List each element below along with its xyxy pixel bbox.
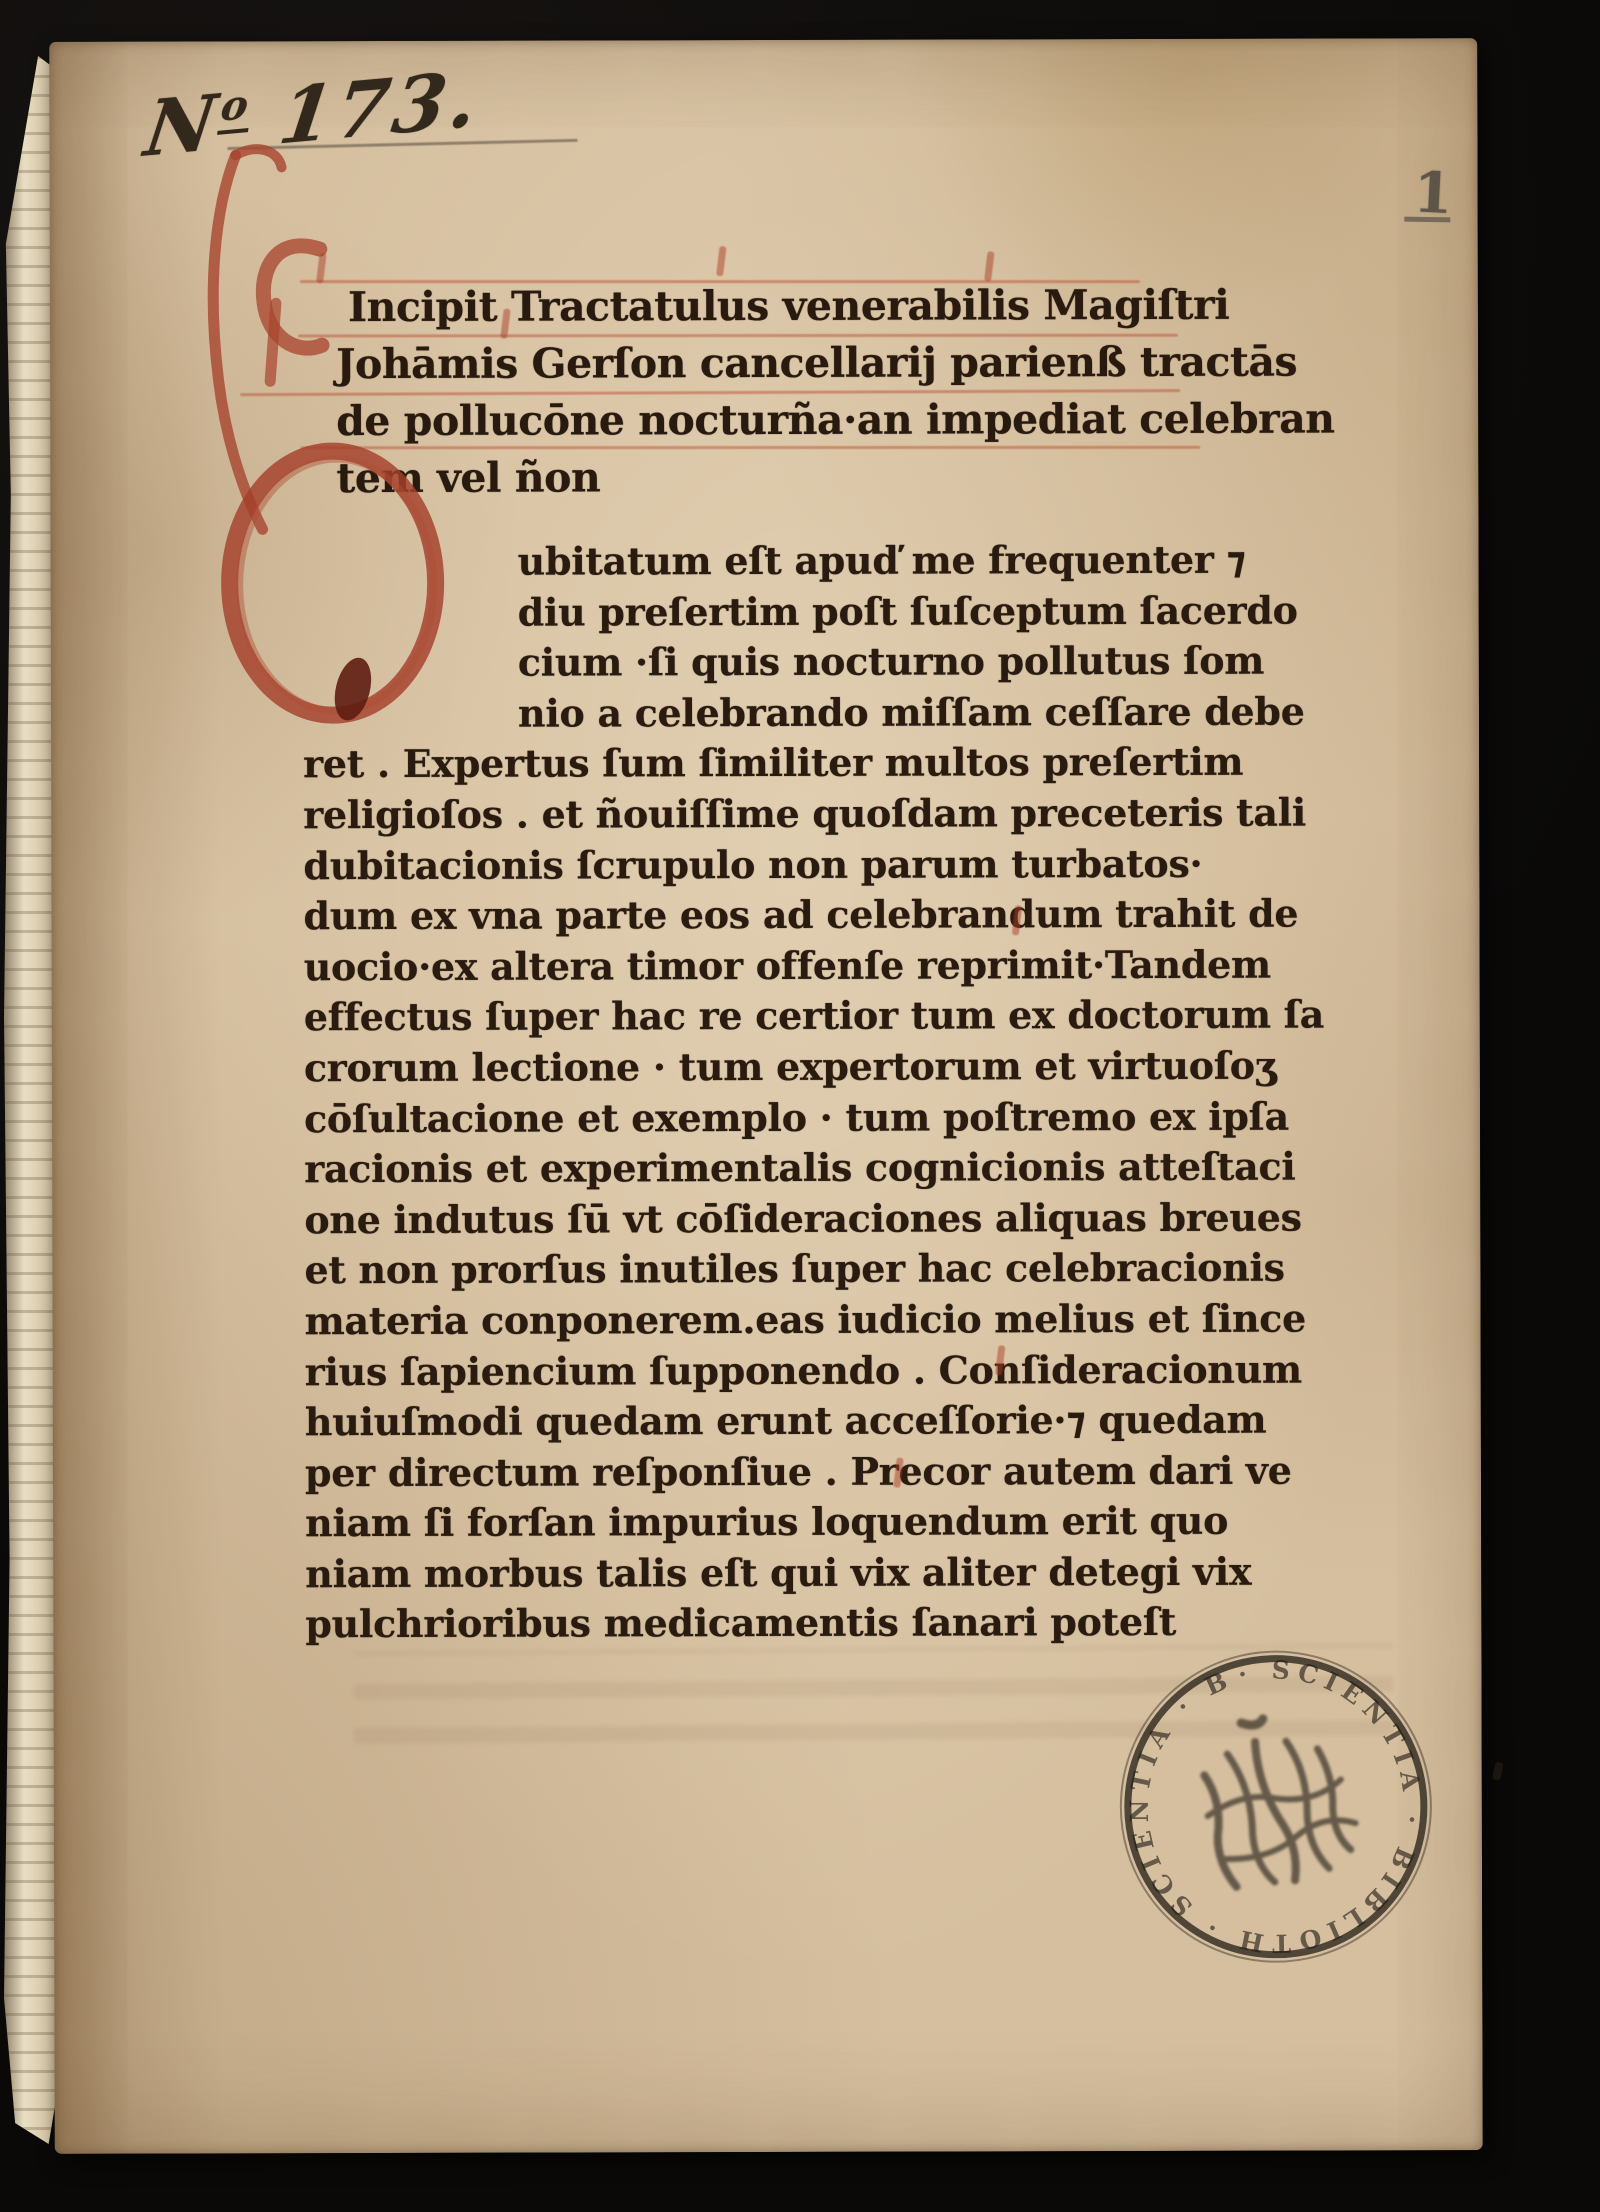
body-line: materia conponerem.eas iudicio melius et…	[305, 1294, 1235, 1347]
photo-backdrop: No 173. 1 Incipit Tractatulus venerabili…	[0, 0, 1600, 2212]
body-line: et non prorſus inutiles ſuper hac celebr…	[304, 1243, 1234, 1296]
body-line: huiuſmodi quedam erunt acceſſorie·⁊ qued…	[305, 1395, 1235, 1448]
body-line: diu preſertim poſt ſuſceptum ſacerdo	[518, 585, 1233, 637]
body-line: ret . Expertus ſum ſimiliter multos preſ…	[303, 737, 1233, 790]
body-line: effectus ſuper hac re certior tum ex doc…	[304, 990, 1234, 1043]
body-line: one indutus ſū vt cōſideraciones aliquas…	[304, 1192, 1234, 1245]
body-line: dum ex vna parte eos ad celebrandum trah…	[303, 889, 1233, 942]
title-line: Johāmis Gerſon cancellarij parienß tract…	[336, 334, 1248, 393]
body-line: pulchrioribus medicamentis ſanari poteſt	[305, 1597, 1235, 1650]
body-line: ubitatum eſt apuď me frequenter ⁊	[518, 535, 1233, 587]
title-line: de pollucōne nocturña·an impediat celebr…	[336, 391, 1248, 450]
body-line: crorum lectione · tum expertorum et virt…	[304, 1041, 1234, 1094]
body-line: niam ſi forſan impurius loquendum erit q…	[305, 1496, 1235, 1549]
ink-mark	[1492, 1761, 1504, 1780]
title-line: tem vel ñon	[336, 448, 1248, 507]
paragraph-mark	[242, 223, 342, 393]
red-underline	[300, 280, 1140, 283]
page: No 173. 1 Incipit Tractatulus venerabili…	[49, 38, 1483, 2154]
body-line: cium ·ſi quis nocturno pollutus ſom	[518, 636, 1233, 688]
body-line: cōſultacione et exemplo · tum poſtremo e…	[304, 1091, 1234, 1144]
body-line: nio a celebrando miſſam ceſſare debe	[518, 687, 1233, 739]
body-line: per directum reſponſiue . Precor autem d…	[305, 1445, 1235, 1498]
body-line: uocio·ex altera timor offenſe reprimit·T…	[304, 940, 1234, 993]
body-line: dubitacionis ſcrupulo non parum turbatos…	[303, 838, 1233, 891]
body-line: racionis et experimentalis cognicionis a…	[304, 1142, 1234, 1195]
shelfmark-superscript: o	[218, 80, 256, 135]
body-line: niam morbus talis eſt qui vix aliter det…	[305, 1547, 1235, 1600]
body-text: ubitatum eſt apuď me frequenter ⁊ diu pr…	[303, 535, 1236, 1650]
title-line: Incipit Tractatulus venerabilis Magiſtri	[348, 277, 1248, 336]
body-line: religioſos . et ñouiſſime quoſdam precet…	[303, 788, 1233, 841]
folio-number: 1	[1412, 159, 1454, 227]
rubric-touch	[716, 246, 727, 277]
body-line: rius ſapiencium ſupponendo . Conſideraci…	[305, 1344, 1235, 1397]
